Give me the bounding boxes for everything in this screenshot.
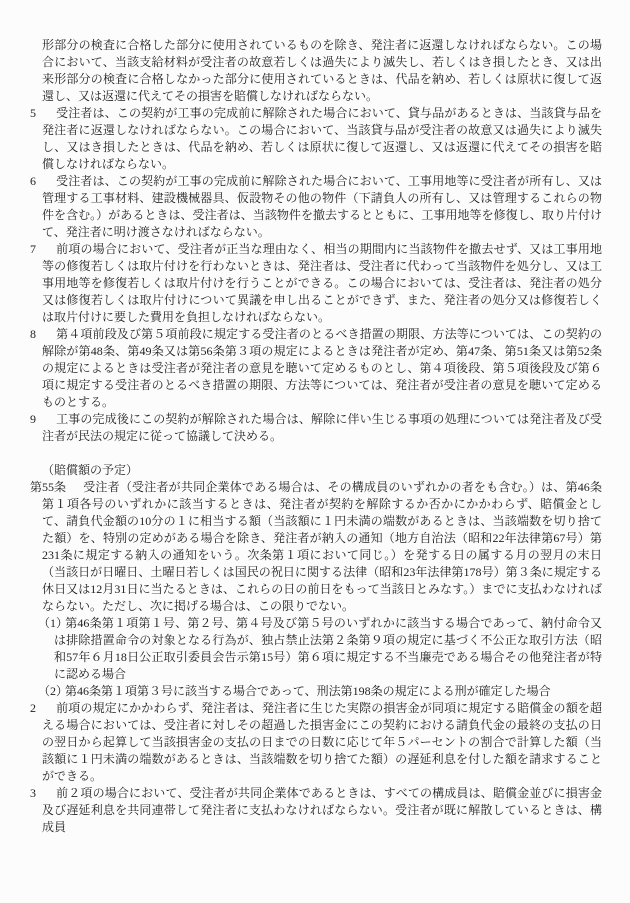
paragraph-text: 前項の場合において、受注者が正当な理由なく、相当の期間内に当該物件を撤去せず、又… xyxy=(42,242,602,324)
numbered-paragraph: 5受注者は、この契約が工事の完成前に解除された場合において、貸与品があるときは、… xyxy=(30,105,602,173)
article-number: 第55条 xyxy=(30,479,83,496)
paragraph-text: 受注者（受注者が共同企業体である場合は、その構成員のいずれかの者をも含む。）は、… xyxy=(42,480,602,613)
paragraph-text: 第46条第１項第３号に該当する場合であって、刑法第198条の規定による刑が確定し… xyxy=(65,684,551,698)
paragraph-number: 2 xyxy=(30,700,56,717)
numbered-paragraph: 9工事の完成後にこの契約が解除された場合は、解除に伴い生じる事項の処理については… xyxy=(30,411,602,445)
sub-clause-item: （1）第46条第１項第１号、第２号、第４号及び第５号のいずれかに該当する場合であ… xyxy=(30,615,602,683)
section-heading: （賠償額の予定） xyxy=(30,462,602,479)
paragraph-text: 前２項の場合において、受注者が共同企業体であるときは、すべての構成員は、賠償金並… xyxy=(42,786,602,834)
paragraph-text: 第４項前段及び第５項前段に規定する受注者のとるべき措置の期限、方法等については、… xyxy=(42,327,602,409)
paragraph-text: 前項の規定にかかわらず、発注者は、発注者に生じた実際の損害金が同項に規定する賠償… xyxy=(42,701,602,783)
paragraph-text: 第46条第１項第１号、第２号、第４号及び第５号のいずれかに該当する場合であって、… xyxy=(54,616,602,681)
contract-document-page: 形部分の検査に合格した部分に使用されているものを除き、発注者に返還しなければなら… xyxy=(0,0,630,903)
paragraph-text: 受注者は、この契約が工事の完成前に解除された場合において、貸与品があるときは、当… xyxy=(42,106,602,171)
paragraph-number: 9 xyxy=(30,411,56,428)
paragraph-text: （賠償額の予定） xyxy=(42,463,138,477)
paragraph-text: 受注者は、この契約が工事の完成前に解除された場合において、工事用地等に受注者が所… xyxy=(42,174,602,239)
numbered-paragraph: 7前項の場合において、受注者が正当な理由なく、相当の期間内に当該物件を撤去せず、… xyxy=(30,241,602,326)
article-paragraph: 第55条受注者（受注者が共同企業体である場合は、その構成員のいずれかの者をも含む… xyxy=(30,479,602,615)
paragraph-number: 6 xyxy=(30,173,56,190)
sub-clause-item: （2）第46条第１項第３号に該当する場合であって、刑法第198条の規定による刑が… xyxy=(30,683,602,700)
paragraph-number: （2） xyxy=(38,683,65,700)
paragraph-number: 3 xyxy=(30,785,56,802)
numbered-paragraph: 8第４項前段及び第５項前段に規定する受注者のとるべき措置の期限、方法等については… xyxy=(30,326,602,411)
numbered-paragraph: 3前２項の場合において、受注者が共同企業体であるときは、すべての構成員は、賠償金… xyxy=(30,785,602,836)
paragraph-number: 7 xyxy=(30,241,56,258)
numbered-paragraph: 6受注者は、この契約が工事の完成前に解除された場合において、工事用地等に受注者が… xyxy=(30,173,602,241)
paragraph-continuation: 形部分の検査に合格した部分に使用されているものを除き、発注者に返還しなければなら… xyxy=(30,37,602,105)
paragraph-number: （1） xyxy=(38,615,65,632)
paragraph-text: 形部分の検査に合格した部分に使用されているものを除き、発注者に返還しなければなら… xyxy=(42,38,602,103)
paragraph-number: 5 xyxy=(30,105,56,122)
paragraph-number: 8 xyxy=(30,326,56,343)
paragraph-text: 工事の完成後にこの契約が解除された場合は、解除に伴い生じる事項の処理については発… xyxy=(42,412,602,443)
document-body: 形部分の検査に合格した部分に使用されているものを除き、発注者に返還しなければなら… xyxy=(30,37,602,836)
numbered-paragraph: 2前項の規定にかかわらず、発注者は、発注者に生じた実際の損害金が同項に規定する賠… xyxy=(30,700,602,785)
